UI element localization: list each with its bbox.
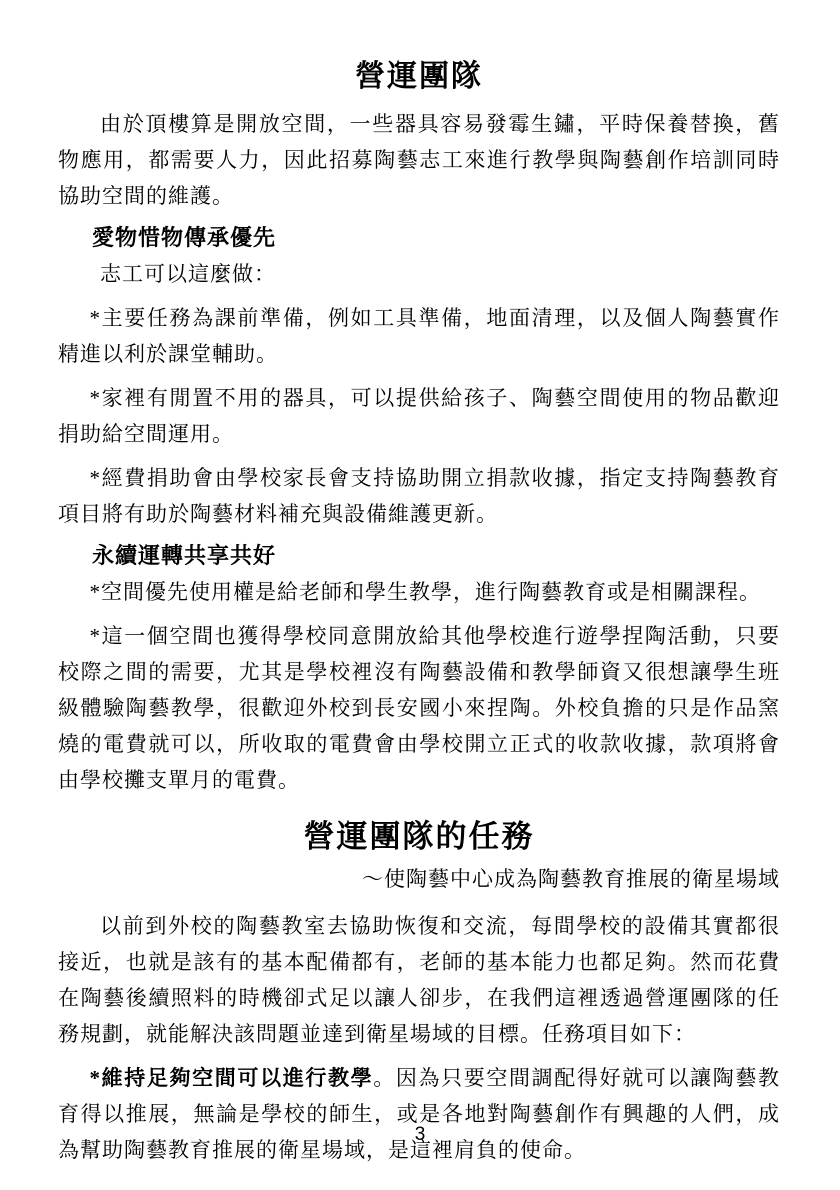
section-heading-sustainable: 永續運轉共享共好	[92, 540, 780, 572]
subtitle-satellite: ～使陶藝中心成為陶藝教育推展的衛星場域	[58, 862, 780, 896]
task-maintain-space-lead: *維持足夠空間可以進行教學	[90, 1066, 374, 1090]
page-title: 營運團隊	[58, 56, 780, 98]
bullet-main-tasks: *主要任務為課前準備，例如工具準備，地面清理，以及個人陶藝實作精進以利於課堂輔助…	[58, 300, 780, 372]
bullet-priority-use: *空間優先使用權是給老師和學生教學，進行陶藝教育或是相關課程。	[58, 574, 780, 610]
section-heading-cherish: 愛物惜物傳承優先	[92, 222, 780, 254]
bullet-funding: *經費捐助會由學校家長會支持協助開立捐款收據，指定支持陶藝教育項目將有助於陶藝材…	[58, 460, 780, 532]
document-content: 營運團隊 由於頂樓算是開放空間，一些器具容易發霉生鏽，平時保養替換，舊物應用，都…	[0, 0, 840, 1168]
bullet-open-to-schools: *這一個空間也獲得學校同意開放給其他學校進行遊學捏陶活動，只要校際之間的需要，尤…	[58, 618, 780, 798]
page-number: 3	[0, 1124, 840, 1146]
task-maintain-space: *維持足夠空間可以進行教學。因為只要空間調配得好就可以讓陶藝教育得以推展，無論是…	[58, 1060, 780, 1168]
bullet-donate-items: *家裡有閒置不用的器具，可以提供給孩子、陶藝空間使用的物品歡迎捐助給空間運用。	[58, 380, 780, 452]
intro-paragraph: 由於頂樓算是開放空間，一些器具容易發霉生鏽，平時保養替換，舊物應用，都需要人力，…	[58, 106, 780, 214]
tasks-intro-paragraph: 以前到外校的陶藝教室去協助恢復和交流，每間學校的設備其實都很接近，也就是該有的基…	[58, 908, 780, 1052]
document-page: 營運團隊 由於頂樓算是開放空間，一些器具容易發霉生鏽，平時保養替換，舊物應用，都…	[0, 0, 840, 1190]
volunteer-line: 志工可以這麼做：	[58, 256, 780, 292]
page-title-tasks: 營運團隊的任務	[58, 816, 780, 858]
